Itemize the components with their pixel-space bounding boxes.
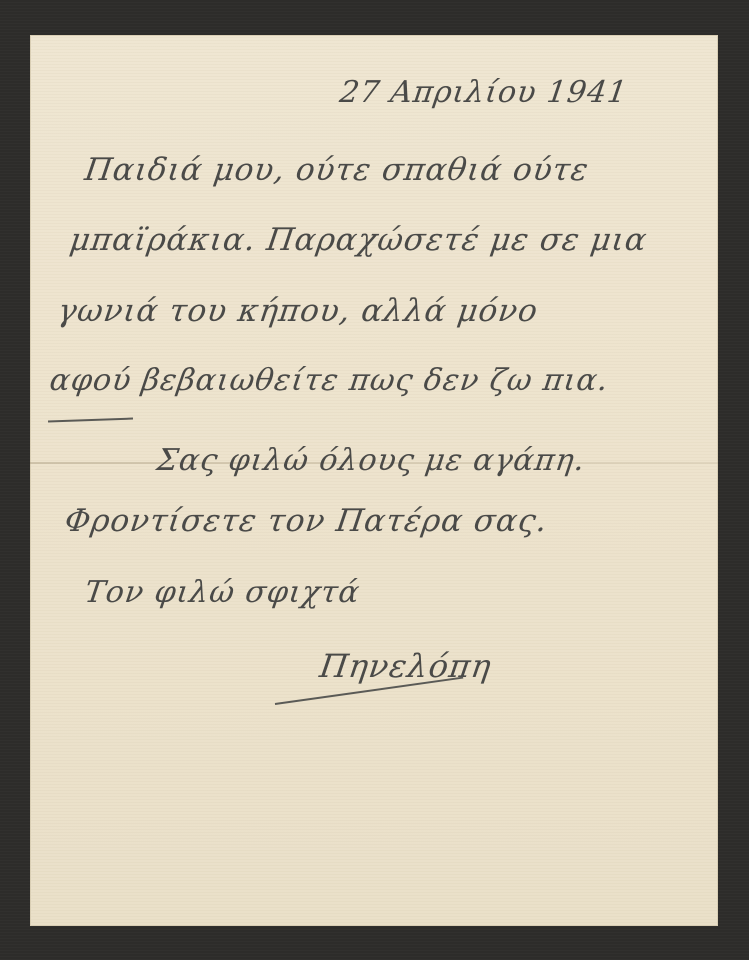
letter-line-2: μπαϊράκια. Παραχώσετέ με σε μια	[67, 222, 649, 258]
letter-line-7: Τον φιλώ σφιχτά	[83, 575, 363, 610]
letter-line-5: Σας φιλώ όλους με αγάπη.	[155, 443, 588, 478]
letter-paper: 27 Απριλίου 1941 Παιδιά μου, ούτε σπαθιά…	[30, 35, 718, 926]
letter-line-1: Παιδιά μου, ούτε σπαθιά ούτε	[82, 152, 591, 188]
letter-line-4: αφού βεβαιωθείτε πως δεν ζω πια.	[48, 363, 611, 398]
word-underline	[48, 418, 133, 423]
signature: Πηνελόπη	[317, 647, 494, 685]
letter-line-6: Φροντίσετε τον Πατέρα σας.	[62, 503, 550, 539]
letter-line-3: γωνιά του κήπου, αλλά μόνο	[55, 293, 540, 329]
letter-date: 27 Απριλίου 1941	[338, 75, 630, 110]
